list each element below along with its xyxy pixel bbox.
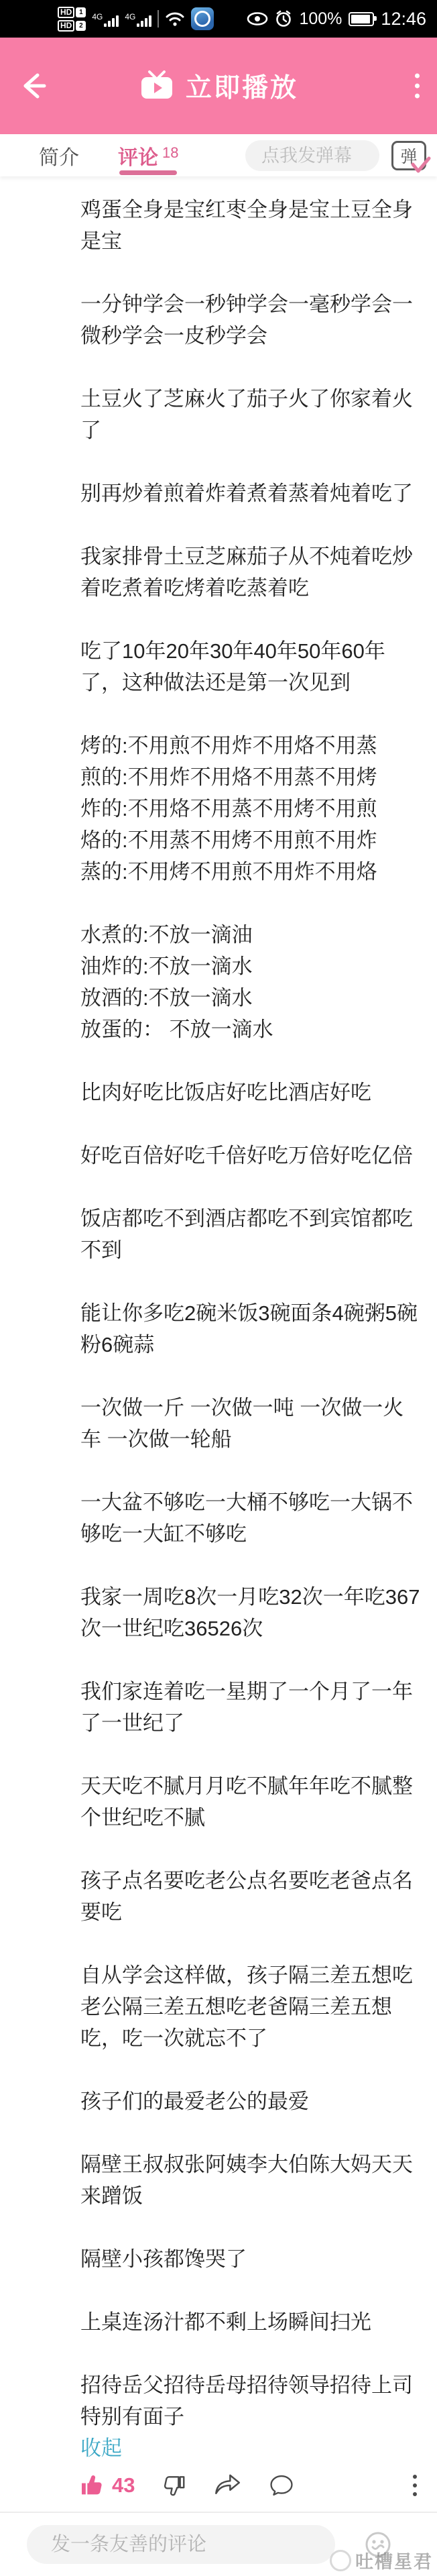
thumb-up-icon bbox=[78, 2472, 105, 2499]
eye-icon bbox=[247, 12, 268, 25]
alarm-icon bbox=[275, 10, 292, 28]
signal-bars-icon: 4G bbox=[92, 11, 119, 27]
comment-paragraph: 比肉好吃比饭店好吃比酒店好吃 bbox=[80, 1077, 422, 1108]
comment-bubble-icon bbox=[269, 2474, 294, 2497]
comment-paragraph: 一次做一斤 一次做一吨 一次做一火车 一次做一轮船 bbox=[80, 1392, 422, 1455]
hd-badges: HD1 HD2 bbox=[58, 7, 86, 32]
app-icon bbox=[191, 7, 214, 30]
hd2-icon: HD bbox=[58, 20, 74, 32]
wifi-icon bbox=[165, 10, 185, 28]
danmaku-input[interactable]: 点我发弹幕 bbox=[245, 140, 379, 171]
signal-bars-icon: 4G bbox=[125, 11, 151, 27]
comment-paragraph: 上桌连汤汁都不剩上场瞬间扫光 bbox=[80, 2306, 422, 2338]
comment-paragraph: 我家排骨土豆芝麻茄子从不炖着吃炒着吃煮着吃烤着吃蒸着吃 bbox=[80, 541, 422, 604]
comment-paragraph: 孩子们的最爱老公的最爱 bbox=[80, 2086, 422, 2117]
comment-paragraph: 一分钟学会一秒钟学会一毫秒学会一微秒学会一皮秒学会 bbox=[80, 288, 422, 352]
more-vertical-icon[interactable] bbox=[413, 2475, 417, 2496]
tv-play-icon bbox=[139, 70, 175, 101]
share-button[interactable] bbox=[214, 2473, 242, 2498]
danmaku-toggle[interactable]: 弹 bbox=[391, 141, 426, 170]
comment-body: 鸡蛋全身是宝红枣全身是宝土豆全身是宝 一分钟学会一秒钟学会一毫秒学会一微秒学会一… bbox=[0, 176, 422, 2464]
share-icon bbox=[214, 2473, 242, 2498]
battery-icon bbox=[349, 12, 374, 26]
tab-bar: 简介 评论 18 点我发弹幕 弹 bbox=[0, 134, 437, 176]
comment-composer-bar: 发一条友善的评论 吐槽星君 bbox=[0, 2512, 437, 2576]
clock-time: 12:46 bbox=[381, 9, 426, 30]
comment-paragraph: 孩子点名要吃老公点名要吃老爸点名要吃 bbox=[80, 1865, 422, 1928]
watermark-logo-icon bbox=[330, 2550, 351, 2571]
back-arrow-icon[interactable] bbox=[17, 70, 50, 102]
comment-paragraph: 隔壁王叔叔张阿姨李大伯陈大妈天天来蹭饭 bbox=[80, 2149, 422, 2212]
tab-comments[interactable]: 评论 18 bbox=[118, 134, 178, 176]
like-button[interactable]: 43 bbox=[78, 2472, 135, 2499]
comment-paragraph: 吃了10年20年30年40年50年60年了，这种做法还是第一次见到 bbox=[80, 635, 422, 698]
thumb-down-icon bbox=[162, 2473, 187, 2498]
watermark-text: 吐槽星君 bbox=[355, 2547, 433, 2573]
comment-paragraph: 鸡蛋全身是宝红枣全身是宝土豆全身是宝 bbox=[80, 194, 422, 257]
app-header: 立即播放 bbox=[0, 38, 437, 134]
like-count: 43 bbox=[112, 2473, 135, 2498]
comment-paragraph: 烤的:不用煎不用炸不用烙不用蒸 煎的:不用炸不用烙不用蒸不用烤 炸的:不用烙不用… bbox=[80, 730, 422, 888]
comment-paragraph: 隔壁小孩都馋哭了 bbox=[80, 2243, 422, 2275]
battery-percent: 100% bbox=[299, 9, 342, 29]
more-vertical-icon[interactable] bbox=[415, 74, 420, 99]
play-now-button[interactable]: 立即播放 bbox=[139, 67, 298, 105]
comment-actions: 43 bbox=[0, 2472, 437, 2499]
comment-input[interactable]: 发一条友善的评论 bbox=[27, 2525, 335, 2564]
comment-paragraph: 土豆火了芝麻火了茄子火了你家着火了 bbox=[80, 383, 422, 446]
hd1-icon: HD bbox=[58, 7, 74, 18]
watermark: 吐槽星君 bbox=[330, 2547, 433, 2573]
comment-paragraph: 能让你多吃2碗米饭3碗面条4碗粥5碗粉6碗蒜 bbox=[80, 1297, 422, 1360]
reply-button[interactable] bbox=[269, 2474, 294, 2497]
tab-intro[interactable]: 简介 bbox=[39, 141, 79, 170]
comment-paragraph: 饭店都吃不到酒店都吃不到宾馆都吃不到 bbox=[80, 1203, 422, 1266]
checkmark-icon bbox=[411, 156, 431, 174]
comment-paragraph: 水煮的:不放一滴油 油炸的:不放一滴水 放酒的:不放一滴水 放蛋的： 不放一滴水 bbox=[80, 919, 422, 1045]
comment-paragraph: 别再炒着煎着炸着煮着蒸着炖着吃了 bbox=[80, 478, 422, 509]
divider bbox=[158, 10, 159, 28]
active-tab-underline bbox=[119, 170, 177, 175]
comment-paragraph: 好吃百倍好吃千倍好吃万倍好吃亿倍 bbox=[80, 1140, 422, 1171]
comment-paragraph: 自从学会这样做，孩子隔三差五想吃老公隔三差五想吃老爸隔三差五想吃，吃一次就忘不了 bbox=[80, 1960, 422, 2054]
comment-paragraph: 我们家连着吃一星期了一个月了一年了一世纪了 bbox=[80, 1676, 422, 1739]
status-bar: HD1 HD2 4G 4G 100% 12:46 bbox=[0, 0, 437, 38]
comment-paragraph: 我家一周吃8次一月吃32次一年吃367次一世纪吃36526次 bbox=[80, 1581, 422, 1644]
dislike-button[interactable] bbox=[162, 2473, 187, 2498]
collapse-link[interactable]: 收起 bbox=[80, 2432, 122, 2464]
comments-count-badge: 18 bbox=[162, 144, 178, 162]
comment-paragraph: 招待岳父招待岳母招待领导招待上司特别有面子 bbox=[80, 2369, 422, 2432]
comment-paragraph: 一大盆不够吃一大桶不够吃一大锅不够吃一大缸不够吃 bbox=[80, 1487, 422, 1550]
page-title: 立即播放 bbox=[186, 67, 298, 105]
comment-paragraph: 天天吃不腻月月吃不腻年年吃不腻整个世纪吃不腻 bbox=[80, 1770, 422, 1833]
